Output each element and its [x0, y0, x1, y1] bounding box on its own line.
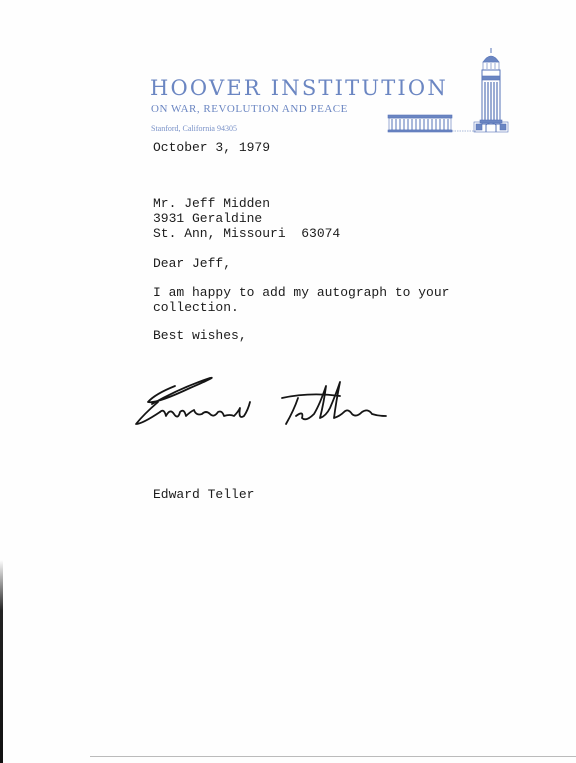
body-line: collection. — [153, 300, 239, 315]
recipient-city-state-zip: St. Ann, Missouri 63074 — [153, 226, 340, 241]
scan-bottom-edge — [90, 756, 576, 757]
hoover-tower-icon — [386, 48, 511, 134]
body-line: I am happy to add my autograph to your — [153, 285, 449, 300]
signer-name: Edward Teller — [153, 487, 254, 502]
letterhead-address: Stanford, California 94305 — [151, 124, 237, 133]
letter-page: HOOVER INSTITUTION ON WAR, REVOLUTION AN… — [0, 0, 576, 763]
salutation: Dear Jeff, — [153, 256, 231, 271]
letterhead-subtitle: ON WAR, REVOLUTION AND PEACE — [151, 103, 348, 115]
recipient-street: 3931 Geraldine — [153, 211, 262, 226]
closing: Best wishes, — [153, 328, 247, 343]
scan-edge-shadow — [0, 560, 3, 763]
recipient-name: Mr. Jeff Midden — [153, 196, 270, 211]
handwritten-signature — [130, 372, 400, 437]
letter-date: October 3, 1979 — [153, 140, 270, 155]
